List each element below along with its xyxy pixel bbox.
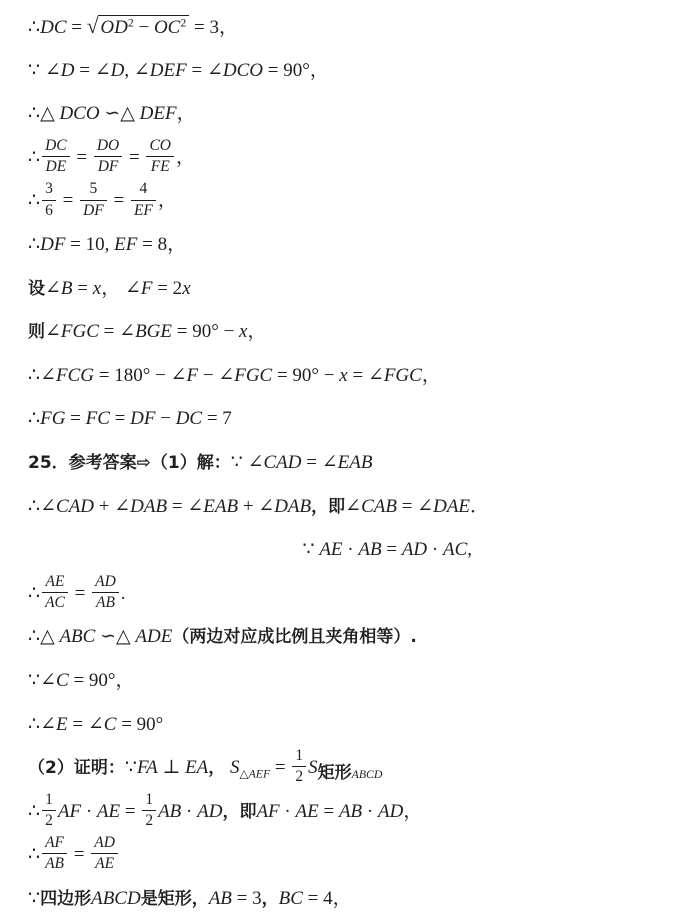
- math-variable: AE: [97, 801, 120, 822]
- cjk-text: ，: [262, 889, 279, 909]
- math-variable: CAD: [264, 452, 302, 473]
- math-symbol: ∴: [28, 801, 40, 822]
- math-symbol: −: [134, 17, 154, 38]
- math-symbol: = 90°: [116, 714, 163, 735]
- math-symbol: ∠: [45, 321, 61, 342]
- math-symbol: ∴: [28, 190, 40, 211]
- fraction-denominator: 2: [292, 767, 306, 786]
- line-08-then-fgc: 则∠FGC = ∠BGE = 90° − x，: [28, 310, 688, 354]
- math-variable: FE: [151, 158, 170, 175]
- math-symbol: =: [270, 757, 290, 778]
- cjk-text: 四边形: [40, 889, 91, 909]
- cjk-text: 矩形: [318, 763, 352, 783]
- math-variable: DF: [130, 408, 155, 429]
- math-variable: AC: [45, 594, 65, 611]
- fraction: ADAE: [91, 834, 118, 874]
- fraction: COFE: [146, 137, 174, 177]
- fraction: 4EF: [131, 180, 156, 220]
- cjk-text: （2）证明：: [28, 758, 125, 778]
- math-variable: EAB: [203, 496, 238, 517]
- math-variable: S: [308, 757, 318, 778]
- math-symbol: ∴△: [28, 626, 59, 647]
- subscript: 矩形ABCD: [318, 768, 383, 781]
- math-symbol: ∴: [28, 844, 40, 865]
- math-variable: OC: [154, 17, 180, 38]
- math-variable: AC: [443, 539, 467, 560]
- math-variable: CO: [149, 137, 171, 154]
- math-symbol: ∵: [302, 539, 319, 560]
- math-symbol: ⊥: [158, 757, 185, 778]
- line-07-let-angle-b: 设∠B = x， ∠F = 2x: [28, 267, 688, 311]
- math-symbol: = 180° − ∠: [94, 365, 186, 386]
- math-symbol: ∴△: [28, 103, 59, 124]
- fraction: AFAB: [42, 834, 67, 874]
- math-symbol: 2: [145, 812, 153, 829]
- line-20-af-ab-ratio: ∴AFAB = ADAE: [28, 833, 688, 877]
- math-variable: x: [182, 278, 190, 299]
- math-variable: C: [56, 670, 69, 691]
- line-11-problem-25-heading: 25．参考答案⇨（1）解：∵ ∠CAD = ∠EAB: [28, 441, 688, 485]
- math-symbol: + ∠: [238, 496, 274, 517]
- radical-sign: √: [87, 14, 99, 38]
- math-symbol: − ∠: [198, 365, 234, 386]
- math-symbol: ∴: [28, 583, 40, 604]
- math-symbol: ∴: [28, 234, 40, 255]
- math-symbol: = ∠: [348, 365, 384, 386]
- line-06-df-ef-values: ∴DF = 10, EF = 8，: [28, 223, 688, 267]
- fraction-denominator: FE: [146, 157, 174, 176]
- math-symbol: ∴: [28, 147, 40, 168]
- fraction: DCDE: [42, 137, 70, 177]
- math-variable: EF: [114, 234, 137, 255]
- math-symbol: −: [155, 408, 175, 429]
- math-variable: FGC: [234, 365, 272, 386]
- fraction-numerator: 5: [80, 180, 107, 200]
- math-symbol: ∵∠: [28, 670, 56, 691]
- math-symbol: ∴∠: [28, 714, 56, 735]
- math-variable: DCO: [59, 103, 99, 124]
- math-variable: FG: [40, 408, 65, 429]
- line-09-fcg-equation: ∴∠FCG = 180° − ∠F − ∠FGC = 90° − x = ∠FG…: [28, 354, 688, 398]
- document-body: ∴DC = √OD2 − OC2 = 3，∵ ∠D = ∠D, ∠DEF = ∠…: [28, 5, 688, 920]
- math-variable: DE: [46, 158, 67, 175]
- cjk-text: （两边对应成比例且夹角相等）.: [172, 627, 416, 647]
- math-variable: EF: [134, 202, 153, 219]
- math-symbol: ∴: [28, 408, 40, 429]
- math-variable: DAE: [433, 496, 470, 517]
- math-variable: AB: [339, 801, 362, 822]
- fraction-denominator: AB: [42, 854, 67, 873]
- math-symbol: =: [58, 190, 78, 211]
- math-variable: DEF: [140, 103, 177, 124]
- math-symbol: = 90° −: [272, 365, 339, 386]
- math-symbol: ∽△: [100, 103, 140, 124]
- math-variable: AD: [197, 801, 222, 822]
- fraction-denominator: AE: [91, 854, 118, 873]
- math-symbol: = ∠: [68, 714, 104, 735]
- math-variable: S: [230, 757, 240, 778]
- math-variable: OD: [100, 17, 127, 38]
- math-symbol: ∵: [125, 757, 137, 778]
- fraction-numerator: AD: [92, 573, 119, 593]
- math-variable: F: [141, 278, 153, 299]
- math-variable: ABCD: [91, 888, 141, 909]
- math-symbol: ∵ ∠: [28, 60, 61, 81]
- math-symbol: 5: [90, 180, 98, 197]
- fraction-denominator: AB: [92, 593, 119, 612]
- math-variable: FCG: [56, 365, 94, 386]
- math-symbol: =: [65, 408, 85, 429]
- math-variable: FC: [86, 408, 110, 429]
- fraction-numerator: 4: [131, 180, 156, 200]
- line-17-angle-e-c-90: ∴∠E = ∠C = 90°: [28, 703, 688, 747]
- math-symbol: 1: [295, 747, 303, 764]
- math-symbol: ∵ ∠: [231, 452, 264, 473]
- math-symbol: ，: [403, 801, 422, 822]
- math-symbol: ∴∠: [28, 365, 56, 386]
- line-19-half-af-ae: ∴12AF · AE = 12AB · AD，即AF · AE = AB · A…: [28, 790, 688, 834]
- fraction: 36: [42, 180, 56, 220]
- math-symbol: 1: [45, 791, 53, 808]
- math-variable: AEF: [249, 768, 271, 781]
- math-symbol: ·: [181, 801, 197, 822]
- cjk-text: ，: [208, 758, 225, 778]
- math-symbol: 6: [45, 202, 53, 219]
- math-symbol: = 3: [232, 888, 262, 909]
- math-symbol: = ∠: [167, 496, 203, 517]
- fraction-numerator: 1: [292, 747, 306, 767]
- math-symbol: ．: [470, 496, 489, 517]
- math-variable: AE: [95, 855, 114, 872]
- fraction-denominator: AC: [42, 593, 68, 612]
- line-13-ae-ab-product: ∵ AE · AB = AD · AC,: [28, 528, 688, 572]
- math-symbol: =: [109, 190, 129, 211]
- fraction-numerator: DC: [42, 137, 70, 157]
- fraction-numerator: AD: [91, 834, 118, 854]
- math-variable: DO: [97, 137, 119, 154]
- line-15-similar-abc-ade: ∴△ ABC ∽△ ADE（两边对应成比例且夹角相等）.: [28, 615, 688, 659]
- fraction-denominator: 2: [42, 811, 56, 830]
- math-variable: DAB: [274, 496, 311, 517]
- math-symbol: ·: [362, 801, 378, 822]
- subscript: △AEF: [240, 768, 271, 781]
- math-variable: AB: [96, 594, 115, 611]
- math-variable: FGC: [384, 365, 422, 386]
- line-02-angles-equal: ∵ ∠D = ∠D, ∠DEF = ∠DCO = 90°，: [28, 49, 688, 93]
- line-16-angle-c-90: ∵∠C = 90°，: [28, 659, 688, 703]
- math-symbol: = 7: [202, 408, 232, 429]
- math-symbol: =: [72, 147, 92, 168]
- math-symbol: ， ∠: [101, 278, 141, 299]
- math-symbol: =: [382, 539, 402, 560]
- math-symbol: ·: [427, 539, 443, 560]
- math-variable: AF: [45, 834, 64, 851]
- math-symbol: =: [319, 801, 339, 822]
- math-variable: FA: [137, 757, 158, 778]
- fraction-numerator: 1: [142, 791, 156, 811]
- math-symbol: ∠: [45, 278, 61, 299]
- math-symbol: =: [120, 801, 140, 822]
- math-symbol: ·: [343, 539, 359, 560]
- math-symbol: = 2: [152, 278, 182, 299]
- line-21-rectangle-abcd: ∵四边形ABCD是矩形，AB = 3，BC = 4，: [28, 877, 688, 921]
- fraction-numerator: AF: [42, 834, 67, 854]
- cjk-text: 则: [28, 322, 45, 342]
- math-variable: AD: [94, 834, 115, 851]
- math-symbol: =: [69, 844, 89, 865]
- superscript: 2: [180, 17, 186, 30]
- math-symbol: ∵: [28, 888, 40, 909]
- math-variable: B: [61, 278, 73, 299]
- math-symbol: ，: [158, 190, 177, 211]
- math-variable: AB: [358, 539, 381, 560]
- math-symbol: =: [110, 408, 130, 429]
- math-symbol: ·: [81, 801, 97, 822]
- math-symbol: ，: [247, 321, 266, 342]
- fraction-denominator: 6: [42, 201, 56, 220]
- fraction: 12: [142, 791, 156, 831]
- line-12-cad-dab-sum: ∴∠CAD + ∠DAB = ∠EAB + ∠DAB，即∠CAB = ∠DAE．: [28, 485, 688, 529]
- math-symbol: , ∠: [124, 60, 149, 81]
- math-symbol: ,: [467, 539, 472, 560]
- math-symbol: = 90° −: [172, 321, 239, 342]
- math-variable: DC: [176, 408, 202, 429]
- math-variable: ABC: [59, 626, 95, 647]
- math-variable: AB: [45, 855, 64, 872]
- line-04-ratio-letters: ∴DCDE = DODF = COFE，: [28, 136, 688, 180]
- math-symbol: ，: [177, 103, 196, 124]
- math-symbol: ·: [280, 801, 296, 822]
- math-variable: D: [111, 60, 125, 81]
- math-symbol: 3: [45, 180, 53, 197]
- line-14-ae-ac-ratio: ∴AEAC = ADAB.: [28, 572, 688, 616]
- math-symbol: ，: [422, 365, 441, 386]
- fraction-numerator: AE: [42, 573, 68, 593]
- math-variable: EAB: [338, 452, 373, 473]
- line-05-ratio-numbers: ∴36 = 5DF = 4EF，: [28, 179, 688, 223]
- math-variable: CAD: [56, 496, 94, 517]
- fraction-numerator: DO: [94, 137, 122, 157]
- fraction-numerator: 1: [42, 791, 56, 811]
- math-symbol: = 4，: [303, 888, 352, 909]
- math-variable: AE: [46, 573, 65, 590]
- math-variable: AB: [158, 801, 181, 822]
- math-variable: CAB: [361, 496, 397, 517]
- radicand: OD2 − OC2: [98, 15, 189, 38]
- math-symbol: 2: [180, 17, 186, 30]
- math-symbol: = ∠: [187, 60, 223, 81]
- fraction: 12: [292, 747, 306, 787]
- fraction: ADAB: [92, 573, 119, 613]
- math-symbol: =: [70, 583, 90, 604]
- math-variable: DF: [83, 202, 104, 219]
- math-variable: DEF: [150, 60, 187, 81]
- cjk-text: ，即: [311, 497, 345, 517]
- math-variable: FGC: [61, 321, 99, 342]
- math-symbol: = 10,: [65, 234, 114, 255]
- math-variable: AF: [58, 801, 81, 822]
- math-symbol: =: [67, 17, 87, 38]
- fraction-denominator: 2: [142, 811, 156, 830]
- math-variable: E: [56, 714, 68, 735]
- math-variable: DF: [98, 158, 119, 175]
- math-symbol: = ∠: [302, 452, 338, 473]
- math-symbol: ∴: [28, 17, 40, 38]
- cjk-text: 25．参考答案⇨（1）解：: [28, 453, 231, 473]
- fraction: 12: [42, 791, 56, 831]
- line-03-similar-dco-def: ∴△ DCO ∽△ DEF，: [28, 92, 688, 136]
- math-symbol: ∴∠: [28, 496, 56, 517]
- cjk-text: ，即: [222, 802, 256, 822]
- math-variable: x: [93, 278, 101, 299]
- line-10-fg-fc-7: ∴FG = FC = DF − DC = 7: [28, 397, 688, 441]
- math-variable: F: [186, 365, 198, 386]
- cjk-text: 是矩形，: [141, 889, 209, 909]
- math-variable: DC: [40, 17, 66, 38]
- math-variable: ABCD: [352, 768, 383, 781]
- math-variable: AE: [319, 539, 342, 560]
- math-symbol: + ∠: [94, 496, 130, 517]
- document-page: ∴DC = √OD2 − OC2 = 3，∵ ∠D = ∠D, ∠DEF = ∠…: [0, 0, 698, 922]
- math-variable: AF: [256, 801, 279, 822]
- math-symbol: =: [124, 147, 144, 168]
- line-18-part2-proof: （2）证明：∵FA ⊥ EA， S△AEF = 12S矩形ABCD: [28, 746, 688, 790]
- math-variable: DAB: [130, 496, 167, 517]
- math-symbol: 1: [145, 791, 153, 808]
- math-variable: C: [104, 714, 117, 735]
- math-symbol: ∠: [345, 496, 361, 517]
- math-variable: AB: [209, 888, 232, 909]
- math-variable: D: [61, 60, 75, 81]
- math-symbol: = ∠: [75, 60, 111, 81]
- math-symbol: ∽△: [95, 626, 135, 647]
- math-symbol: =: [73, 278, 93, 299]
- math-symbol: .: [121, 583, 126, 604]
- math-symbol: 2: [45, 812, 53, 829]
- fraction: 5DF: [80, 180, 107, 220]
- math-variable: x: [339, 365, 347, 386]
- fraction: DODF: [94, 137, 122, 177]
- fraction-numerator: 3: [42, 180, 56, 200]
- math-symbol: = 8，: [137, 234, 186, 255]
- line-01-dc-sqrt: ∴DC = √OD2 − OC2 = 3，: [28, 5, 688, 49]
- math-symbol: = 90°，: [263, 60, 329, 81]
- math-symbol: 2: [295, 768, 303, 785]
- cjk-text: 设: [28, 279, 45, 299]
- math-variable: AE: [296, 801, 319, 822]
- math-symbol: = ∠: [99, 321, 135, 342]
- fraction-denominator: DF: [94, 157, 122, 176]
- math-variable: ADE: [135, 626, 172, 647]
- math-variable: BC: [279, 888, 303, 909]
- fraction-denominator: DF: [80, 201, 107, 220]
- math-variable: DC: [45, 137, 67, 154]
- math-variable: AD: [378, 801, 403, 822]
- math-variable: DF: [40, 234, 65, 255]
- fraction-denominator: EF: [131, 201, 156, 220]
- math-variable: AD: [402, 539, 427, 560]
- math-variable: BGE: [135, 321, 172, 342]
- fraction-numerator: CO: [146, 137, 174, 157]
- math-symbol: = 90°，: [69, 670, 135, 691]
- math-symbol: △: [240, 768, 249, 781]
- fraction-denominator: DE: [42, 157, 70, 176]
- square-root: √OD2 − OC2: [87, 17, 190, 38]
- math-symbol: = 3，: [189, 17, 238, 38]
- math-variable: EA: [185, 757, 208, 778]
- math-variable: DCO: [223, 60, 263, 81]
- math-variable: AD: [95, 573, 116, 590]
- math-symbol: 4: [140, 180, 148, 197]
- math-symbol: ，: [176, 147, 195, 168]
- fraction: AEAC: [42, 573, 68, 613]
- math-symbol: = ∠: [397, 496, 433, 517]
